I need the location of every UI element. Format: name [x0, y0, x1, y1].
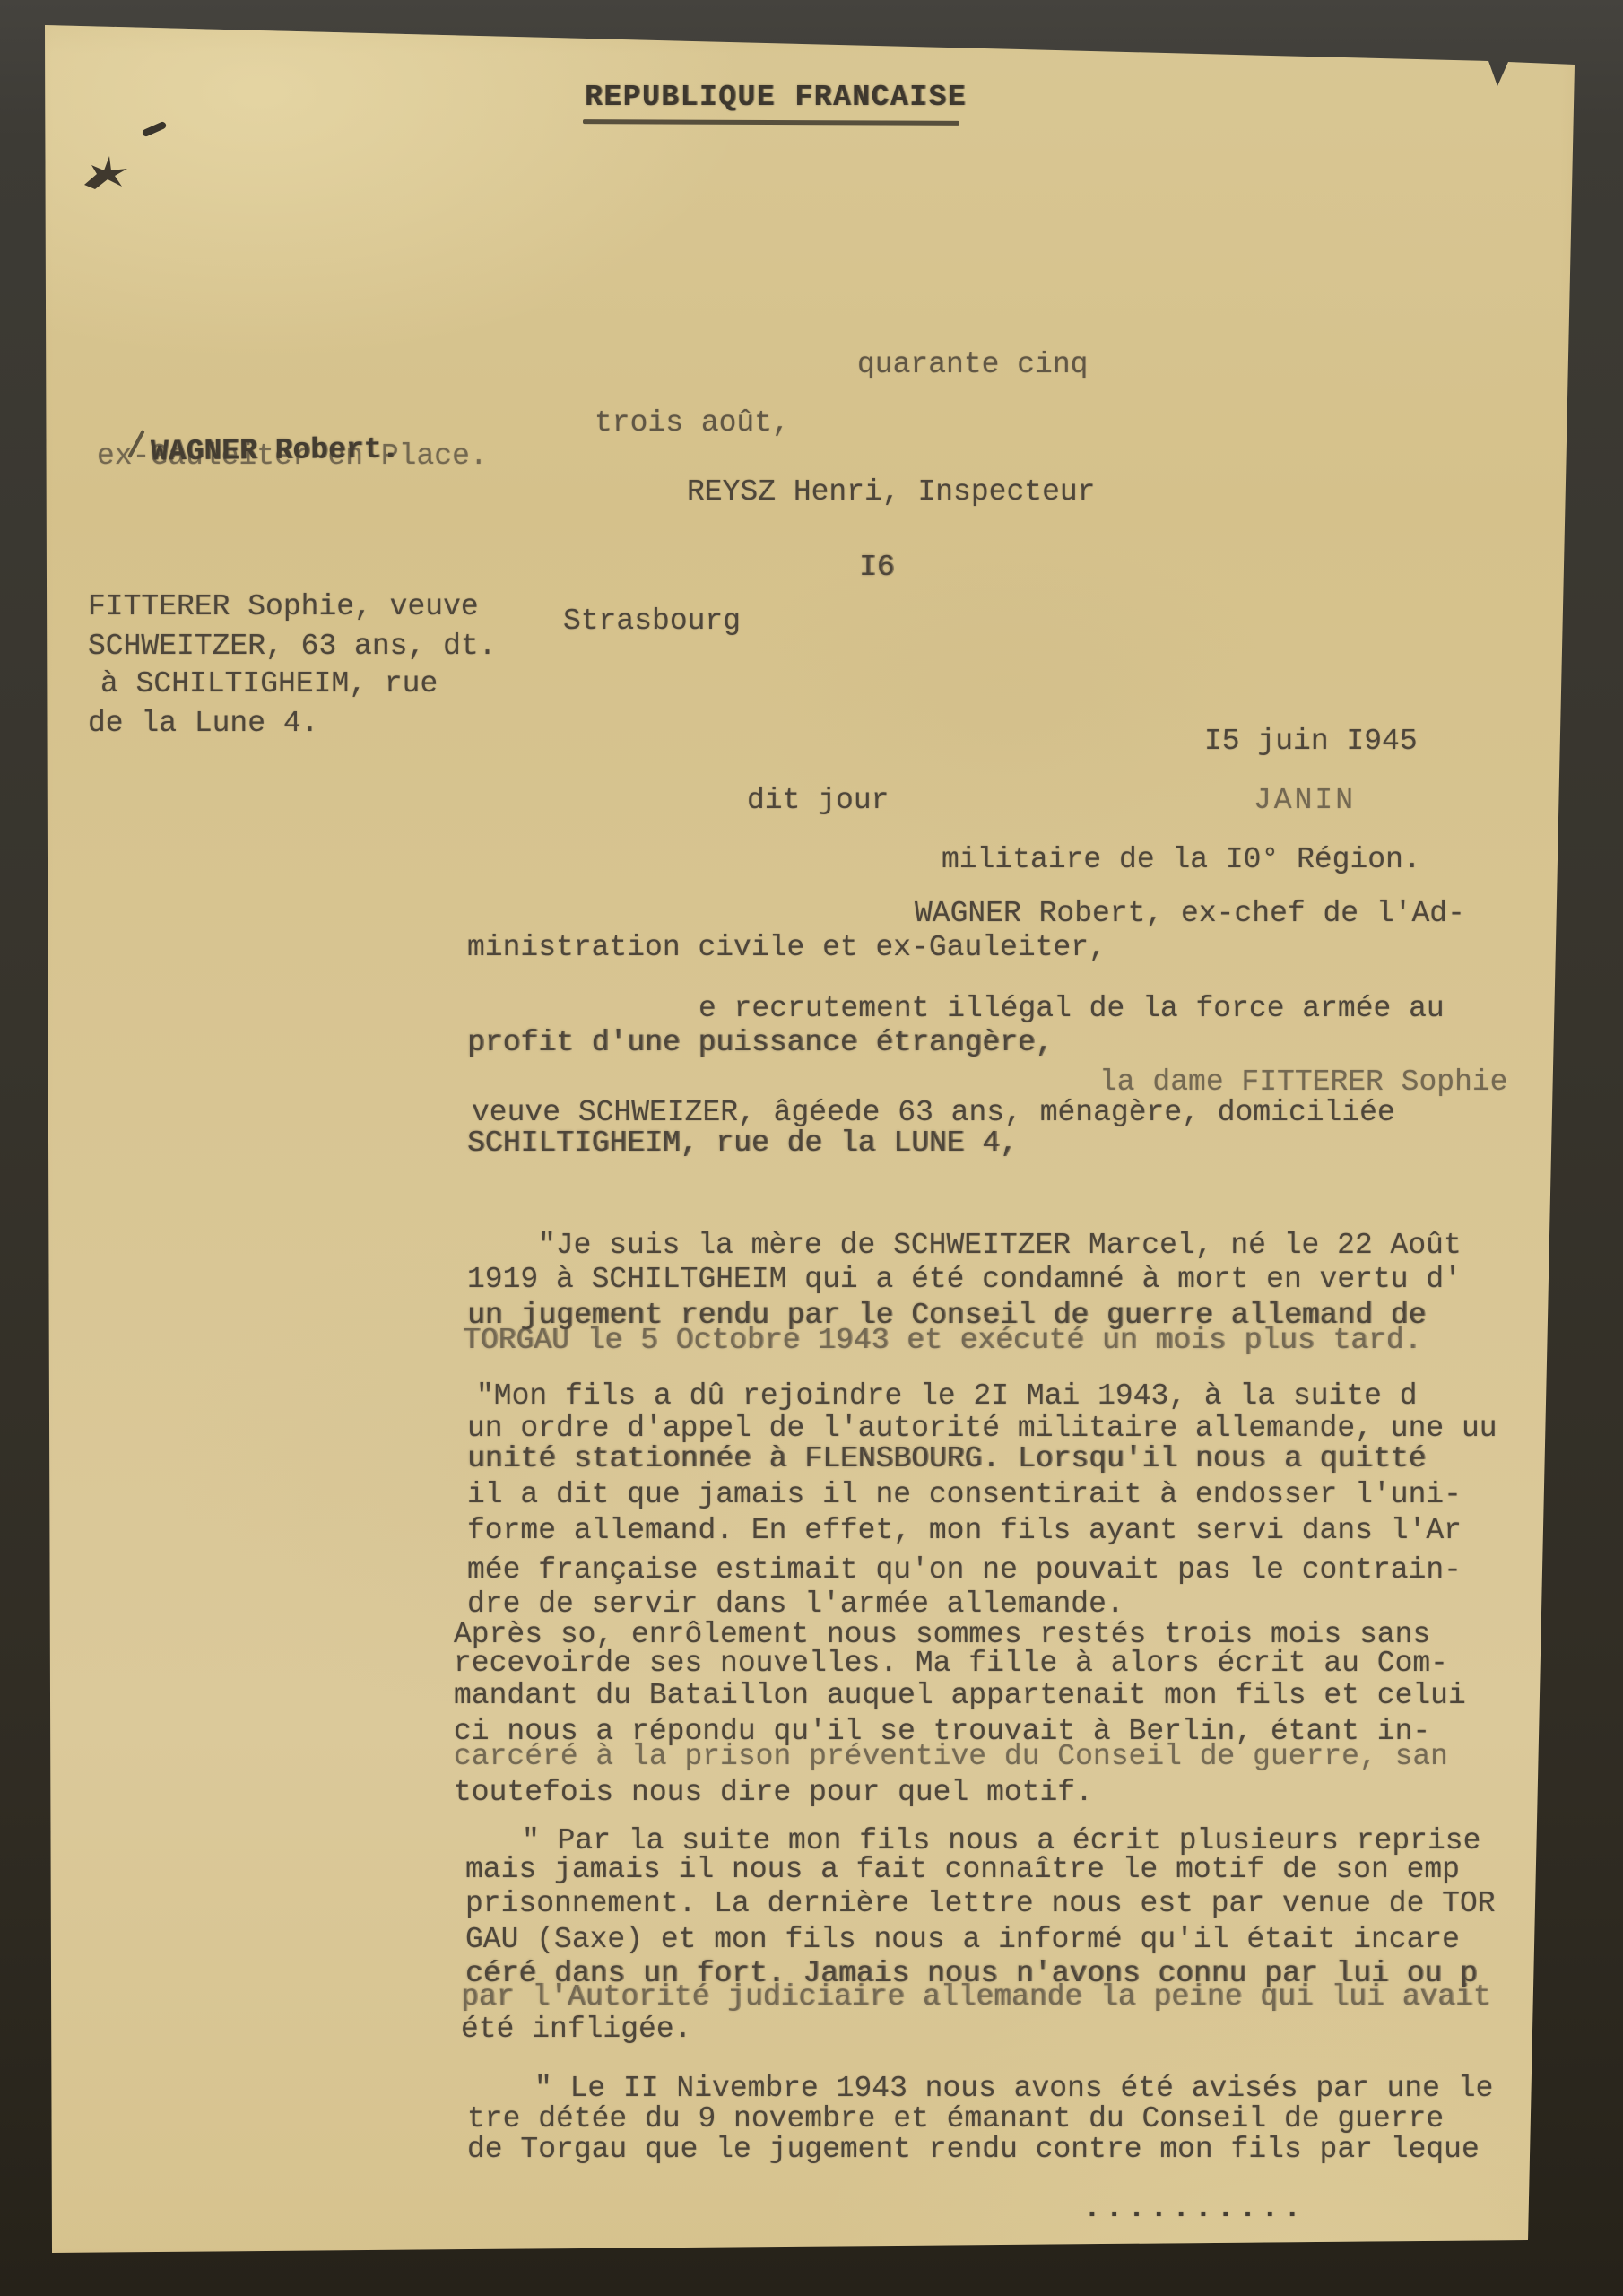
text-line: e recrutement illégal de la force armée …	[699, 994, 1445, 1025]
text-line: "Je suis la mère de SCHWEITZER Marcel, n…	[538, 1231, 1462, 1262]
dit-jour: dit jour	[747, 786, 889, 817]
text-line: 1919 à SCHILTGHEIM qui a été condamné à …	[467, 1265, 1462, 1296]
party-line: FITTERER Sophie, veuve	[88, 592, 479, 623]
page-number-words: quarante cinq	[857, 350, 1088, 381]
folio-number: I6	[859, 552, 895, 584]
text-line: carcéré à la prison préventive du Consei…	[454, 1742, 1448, 1773]
date-words: trois août,	[595, 408, 790, 439]
page-title: REPUBLIQUE FRANCAISE	[585, 83, 967, 114]
region-line: militaire de la I0° Région.	[942, 845, 1421, 876]
text-line: été infligée.	[461, 2014, 691, 2046]
text-line: unité stationnée à FLENSBOURG. Lorsqu'il…	[467, 1444, 1426, 1475]
text-line: tre détée du 9 novembre et émanant du Co…	[467, 2104, 1444, 2135]
text-line: WAGNER Robert, ex-chef de l'Ad-	[915, 899, 1465, 930]
text-line: "Mon fils a dû rejoindre le 2I Mai 1943,…	[476, 1381, 1418, 1413]
text-line: SCHILTIGHEIM, rue de la LUNE 4,	[467, 1128, 1018, 1160]
text-line: mandant du Bataillon auquel appartenait …	[454, 1681, 1466, 1712]
text-line: la dame FITTERER Sophie	[1099, 1067, 1507, 1099]
ellipsis-dots: ..........	[1083, 2194, 1306, 2225]
title-underline	[583, 119, 959, 126]
text-line: prisonnement. La dernière lettre nous es…	[465, 1889, 1496, 1920]
party-line: de la Lune 4.	[88, 709, 318, 740]
text-line: GAU (Saxe) et mon fils nous a informé qu…	[465, 1925, 1460, 1956]
inspector-line: REYSZ Henri, Inspecteur	[687, 477, 1095, 509]
text-line: par l'Autorité judiciaire allemande la p…	[461, 1982, 1491, 2013]
text-line: " Le II Nivembre 1943 nous avons été avi…	[534, 2074, 1493, 2105]
party-line: SCHWEITZER, 63 ans, dt.	[88, 631, 496, 663]
text-line: TORGAU le 5 Octobre 1943 et exécuté un m…	[463, 1326, 1421, 1357]
text-line: profit d'une puissance étrangère,	[467, 1028, 1054, 1059]
ink-dash	[142, 121, 168, 138]
text-line: dre de servir dans l'armée allemande.	[467, 1589, 1124, 1621]
text-line: recevoirde ses nouvelles. Ma fille à alo…	[454, 1648, 1448, 1680]
document-page: REPUBLIQUE FRANCAISE quarante cinq trois…	[0, 0, 1623, 2296]
text-line: mée française estimait qu'on ne pouvait …	[467, 1555, 1462, 1587]
text-line: ministration civile et ex-Gauleiter,	[467, 933, 1107, 964]
text-line: veuve SCHWEIZER, âgéede 63 ans, ménagère…	[472, 1098, 1395, 1129]
text-line: de Torgau que le jugement rendu contre m…	[467, 2135, 1480, 2166]
text-line: il a dit que jamais il ne consentirait à…	[467, 1480, 1462, 1511]
text-line: toutefois nous dire pour quel motif.	[454, 1778, 1093, 1809]
ink-blot	[82, 151, 133, 190]
party-line: à SCHILTIGHEIM, rue	[100, 669, 438, 700]
hearing-date: I5 juin I945	[1204, 726, 1418, 758]
overtype-name: WAGNER Robert.	[151, 435, 400, 469]
text-line: forme allemand. En effet, mon fils ayant…	[467, 1516, 1462, 1547]
text-line: mais jamais il nous a fait connaître le …	[465, 1855, 1460, 1886]
city-line: Strasbourg	[563, 606, 741, 638]
text-line: un ordre d'appel de l'autorité militaire…	[467, 1413, 1497, 1445]
magistrate-name: JANIN	[1254, 786, 1356, 817]
